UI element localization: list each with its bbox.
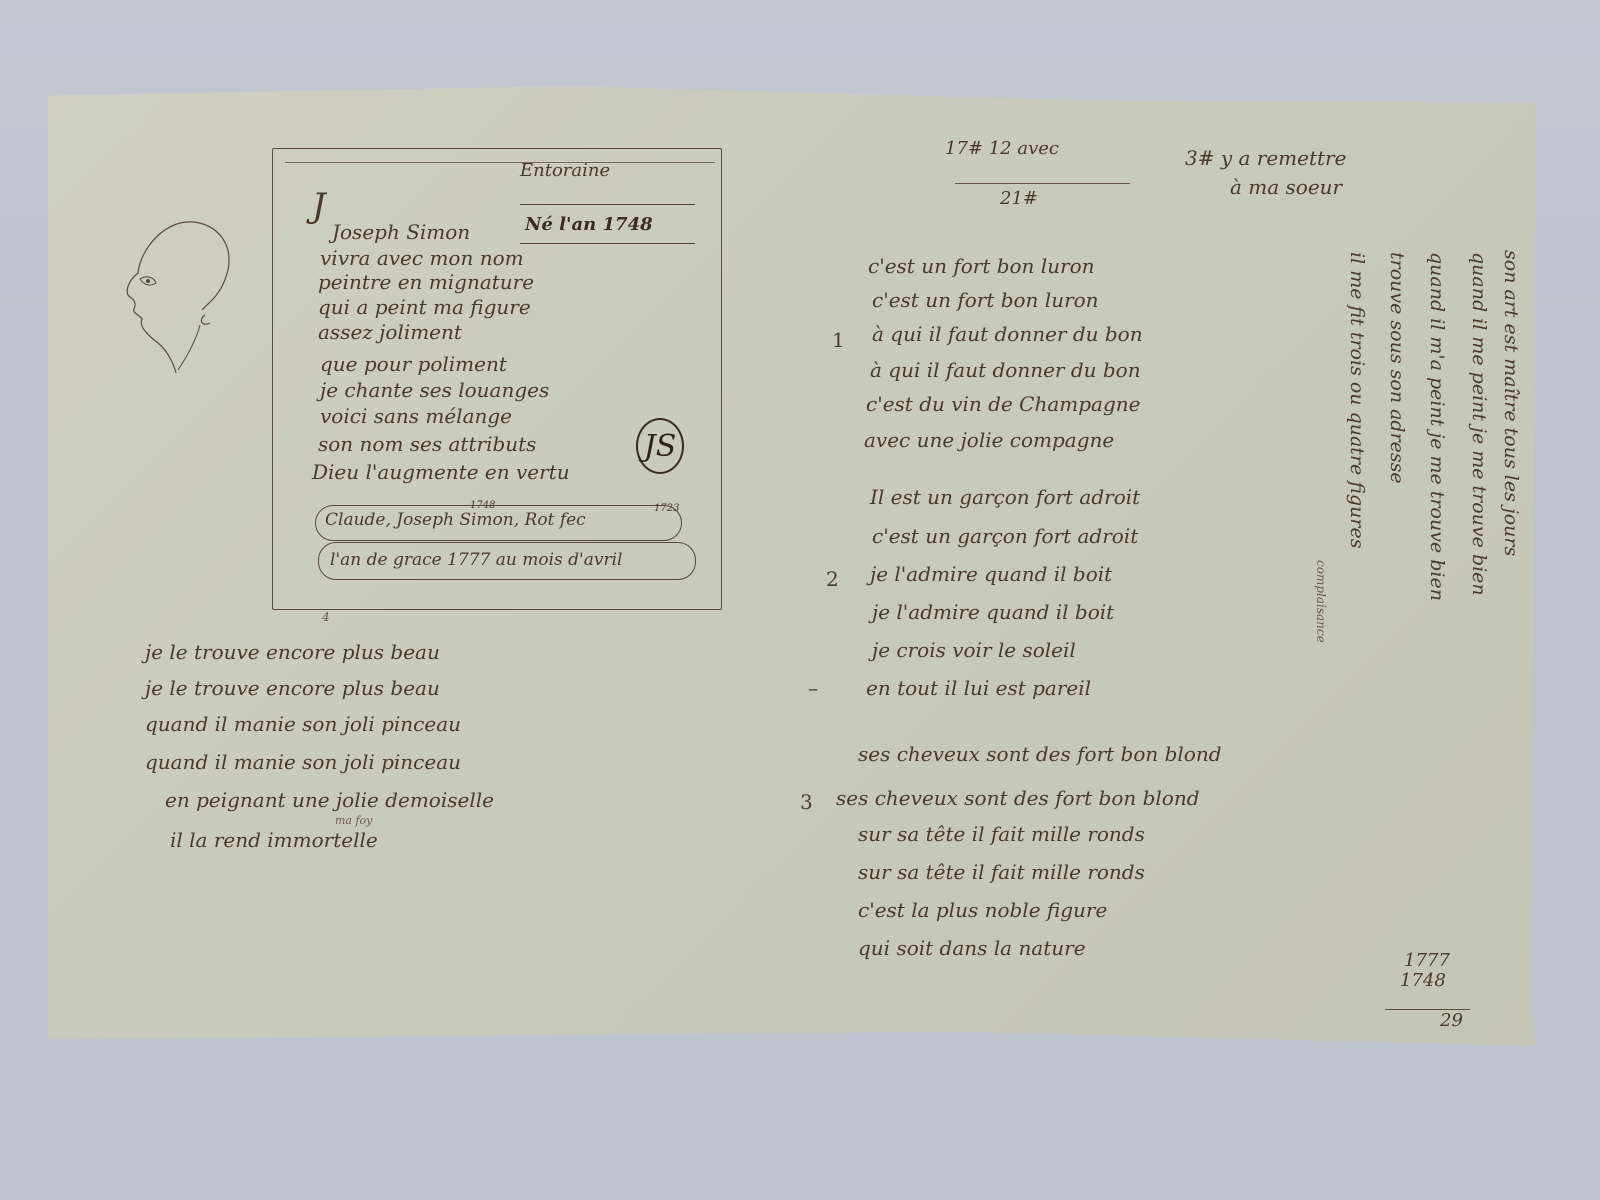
note-line: à ma soeur: [1230, 175, 1342, 199]
stanza-line: Il est un garçon fort adroit: [870, 485, 1140, 509]
marginal-mark: 4: [322, 610, 330, 624]
frame-top-rule: [285, 162, 715, 163]
stanza-line: en tout il lui est pareil: [866, 676, 1091, 700]
profile-portrait-sketch: [110, 215, 240, 375]
signature-superscript-year: 1748: [470, 500, 495, 511]
calc-result: 29: [1440, 1010, 1463, 1031]
vertical-note: trouve sous son adresse: [1386, 252, 1408, 484]
verse-line: Dieu l'augmente en vertu: [312, 460, 570, 484]
verse-line: son nom ses attributs: [318, 432, 536, 456]
verse-line: vivra avec mon nom: [320, 246, 524, 270]
stanza-line: à qui il faut donner du bon: [870, 358, 1141, 382]
amount-line: 17# 12 avec: [945, 138, 1059, 159]
vertical-note: il me fit trois ou quatre figures: [1346, 252, 1368, 548]
stanza-line: sur sa tête il fait mille ronds: [858, 822, 1145, 846]
stanza-line: avec une jolie compagne: [864, 428, 1114, 452]
poem-insert: ma foy: [335, 814, 372, 827]
stanza-line: c'est un fort bon luron: [872, 288, 1099, 312]
verse-line: peintre en mignature: [318, 270, 534, 294]
stanza-line: à qui il faut donner du bon: [872, 322, 1143, 346]
dedication-title: Joseph Simon: [332, 220, 470, 244]
rule-below-date: [520, 243, 695, 244]
stanza-line: c'est du vin de Champagne: [866, 392, 1140, 416]
stanza-line: je crois voir le soleil: [872, 638, 1076, 662]
birth-date-stamp: Né l'an 1748: [525, 214, 653, 235]
poem-line: quand il manie son joli pinceau: [145, 712, 461, 736]
vertical-small-note: complaisance: [1314, 560, 1328, 643]
stanza-line: ses cheveux sont des fort bon blond: [858, 742, 1222, 766]
stanza-line: qui soit dans la nature: [858, 936, 1086, 960]
verse-line: je chante ses louanges: [320, 378, 549, 402]
stanza-line: je l'admire quand il boit: [870, 562, 1112, 586]
poem-line: en peignant une jolie demoiselle: [165, 788, 494, 812]
dash-mark: –: [808, 676, 818, 700]
verse-line: que pour poliment: [320, 352, 507, 376]
stanza-line: c'est la plus noble figure: [858, 898, 1107, 922]
rule-above-date: [520, 204, 695, 205]
signature-superscript-year: 1723: [654, 503, 679, 514]
poem-line: je le trouve encore plus beau: [145, 676, 440, 700]
verse-line: assez joliment: [318, 320, 462, 344]
stanza-number: 1: [832, 328, 845, 352]
poem-line: il la rend immortelle: [170, 828, 378, 852]
header-right-word: Entoraine: [520, 160, 610, 181]
stanza-number: 2: [826, 567, 839, 591]
js-monogram-stamp: JS: [636, 418, 684, 474]
stanza-line: c'est un fort bon luron: [868, 254, 1095, 278]
poem-line: je le trouve encore plus beau: [145, 640, 440, 664]
decorative-initial-j: J: [312, 186, 326, 226]
stanza-line: ses cheveux sont des fort bon blond: [836, 786, 1200, 810]
poem-line: quand il manie son joli pinceau: [145, 750, 461, 774]
signature-line: Claude, Joseph Simon, Rot fec: [325, 510, 586, 530]
verse-line: voici sans mélange: [320, 404, 512, 428]
stanza-line: sur sa tête il fait mille ronds: [858, 860, 1145, 884]
vertical-note: quand il m'a peint je me trouve bien: [1426, 252, 1448, 601]
vertical-note: quand il me peint je me trouve bien: [1468, 252, 1490, 596]
vertical-note: son art est maître tous les jours: [1500, 250, 1522, 556]
stanza-line: je l'admire quand il boit: [872, 600, 1114, 624]
signature-date-line: l'an de grace 1777 au mois d'avril: [330, 550, 622, 570]
amount-total: 21#: [1000, 188, 1038, 209]
calc-line-1: 1777: [1404, 950, 1450, 971]
verse-line: qui a peint ma figure: [318, 295, 531, 319]
stanza-line: c'est un garçon fort adroit: [872, 524, 1138, 548]
note-line: 3# y a remettre: [1185, 146, 1346, 170]
stanza-number: 3: [800, 790, 813, 814]
calc-line-2: 1748: [1400, 970, 1446, 991]
sum-rule: [955, 183, 1130, 184]
